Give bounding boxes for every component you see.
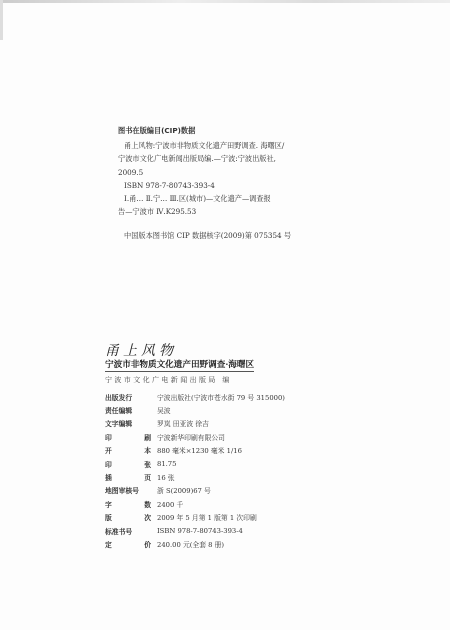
detail-value: 吴波 [157,405,171,415]
cip-number: 中国版本图书馆 CIP 数据核字(2009)第 075354 号 [118,229,358,242]
detail-value: 240.00 元(全套 8 册) [157,539,224,549]
detail-row: 出版发行宁波出版社(宁波市苍水街 79 号 315000) [105,390,285,403]
publication-details: 出版发行宁波出版社(宁波市苍水街 79 号 315000) 责任编辑吴波 文字编… [105,390,285,551]
detail-row: 印刷宁波新华印刷有限公司 [105,430,285,443]
detail-label: 版次 [105,512,157,522]
detail-label: 字数 [105,499,157,509]
detail-row: 标准书号ISBN 978-7-80743-393-4 [105,524,285,537]
detail-value: 浙 S(2009)67 号 [157,485,211,495]
detail-value: 2400 千 [157,499,183,509]
cip-line: 宁波市文化广电新闻出版局编.—宁波:宁波出版社, [118,152,358,165]
cip-line: Ⅰ.甬… Ⅱ.宁… Ⅲ.区(城市)—文化遗产—调查报 [118,192,358,205]
detail-row: 开本880 毫米×1230 毫米 1/16 [105,444,285,457]
detail-row: 定价240.00 元(全套 8 册) [105,537,285,550]
detail-value: 宁波出版社(宁波市苍水街 79 号 315000) [157,392,285,402]
detail-label: 开本 [105,445,157,455]
detail-value: 罗岚 田亚波 徐吉 [157,418,209,428]
page-top-edge [0,0,450,3]
detail-value: 81.75 [157,460,176,468]
detail-row: 文字编辑罗岚 田亚波 徐吉 [105,417,285,430]
detail-label: 印刷 [105,432,157,442]
cip-line: 告—宁波市 Ⅳ.K295.53 [118,205,358,218]
detail-row: 字数2400 千 [105,497,285,510]
detail-value: 880 毫米×1230 毫米 1/16 [157,445,242,455]
detail-value: 16 张 [157,472,175,482]
book-editor: 宁波市文化广电新闻出版局 编 [105,375,232,385]
cip-line: 甬上风物:宁波市非物质文化遗产田野调查. 海曙区/ [118,139,358,152]
detail-value: ISBN 978-7-80743-393-4 [157,527,243,535]
detail-label: 出版发行 [105,392,157,402]
detail-label: 印张 [105,459,157,469]
detail-label: 标准书号 [105,526,157,536]
detail-row: 地图审核号浙 S(2009)67 号 [105,484,285,497]
detail-label: 插页 [105,472,157,482]
detail-label: 文字编辑 [105,418,157,428]
detail-row: 责任编辑吴波 [105,403,285,416]
series-logo: 甬上风物 [105,340,177,360]
detail-label: 责任编辑 [105,405,157,415]
detail-label: 定价 [105,539,157,549]
detail-value: 宁波新华印刷有限公司 [157,432,225,442]
page-left-edge [0,0,3,40]
cip-isbn: ISBN 978-7-80743-393-4 [118,179,358,192]
detail-row: 版次2009 年 5 月第 1 版第 1 次印刷 [105,511,285,524]
detail-label: 地图审核号 [105,485,157,495]
book-title: 宁波市非物质文化遗产田野调查·海曙区 [105,358,254,372]
cip-line: 2009.5 [118,166,358,179]
detail-row: 插页16 张 [105,470,285,483]
detail-row: 印张81.75 [105,457,285,470]
detail-value: 2009 年 5 月第 1 版第 1 次印刷 [157,512,257,522]
cip-block: 图书在版编目(CIP)数据 甬上风物:宁波市非物质文化遗产田野调查. 海曙区/ … [118,124,358,243]
cip-heading: 图书在版编目(CIP)数据 [118,124,358,137]
